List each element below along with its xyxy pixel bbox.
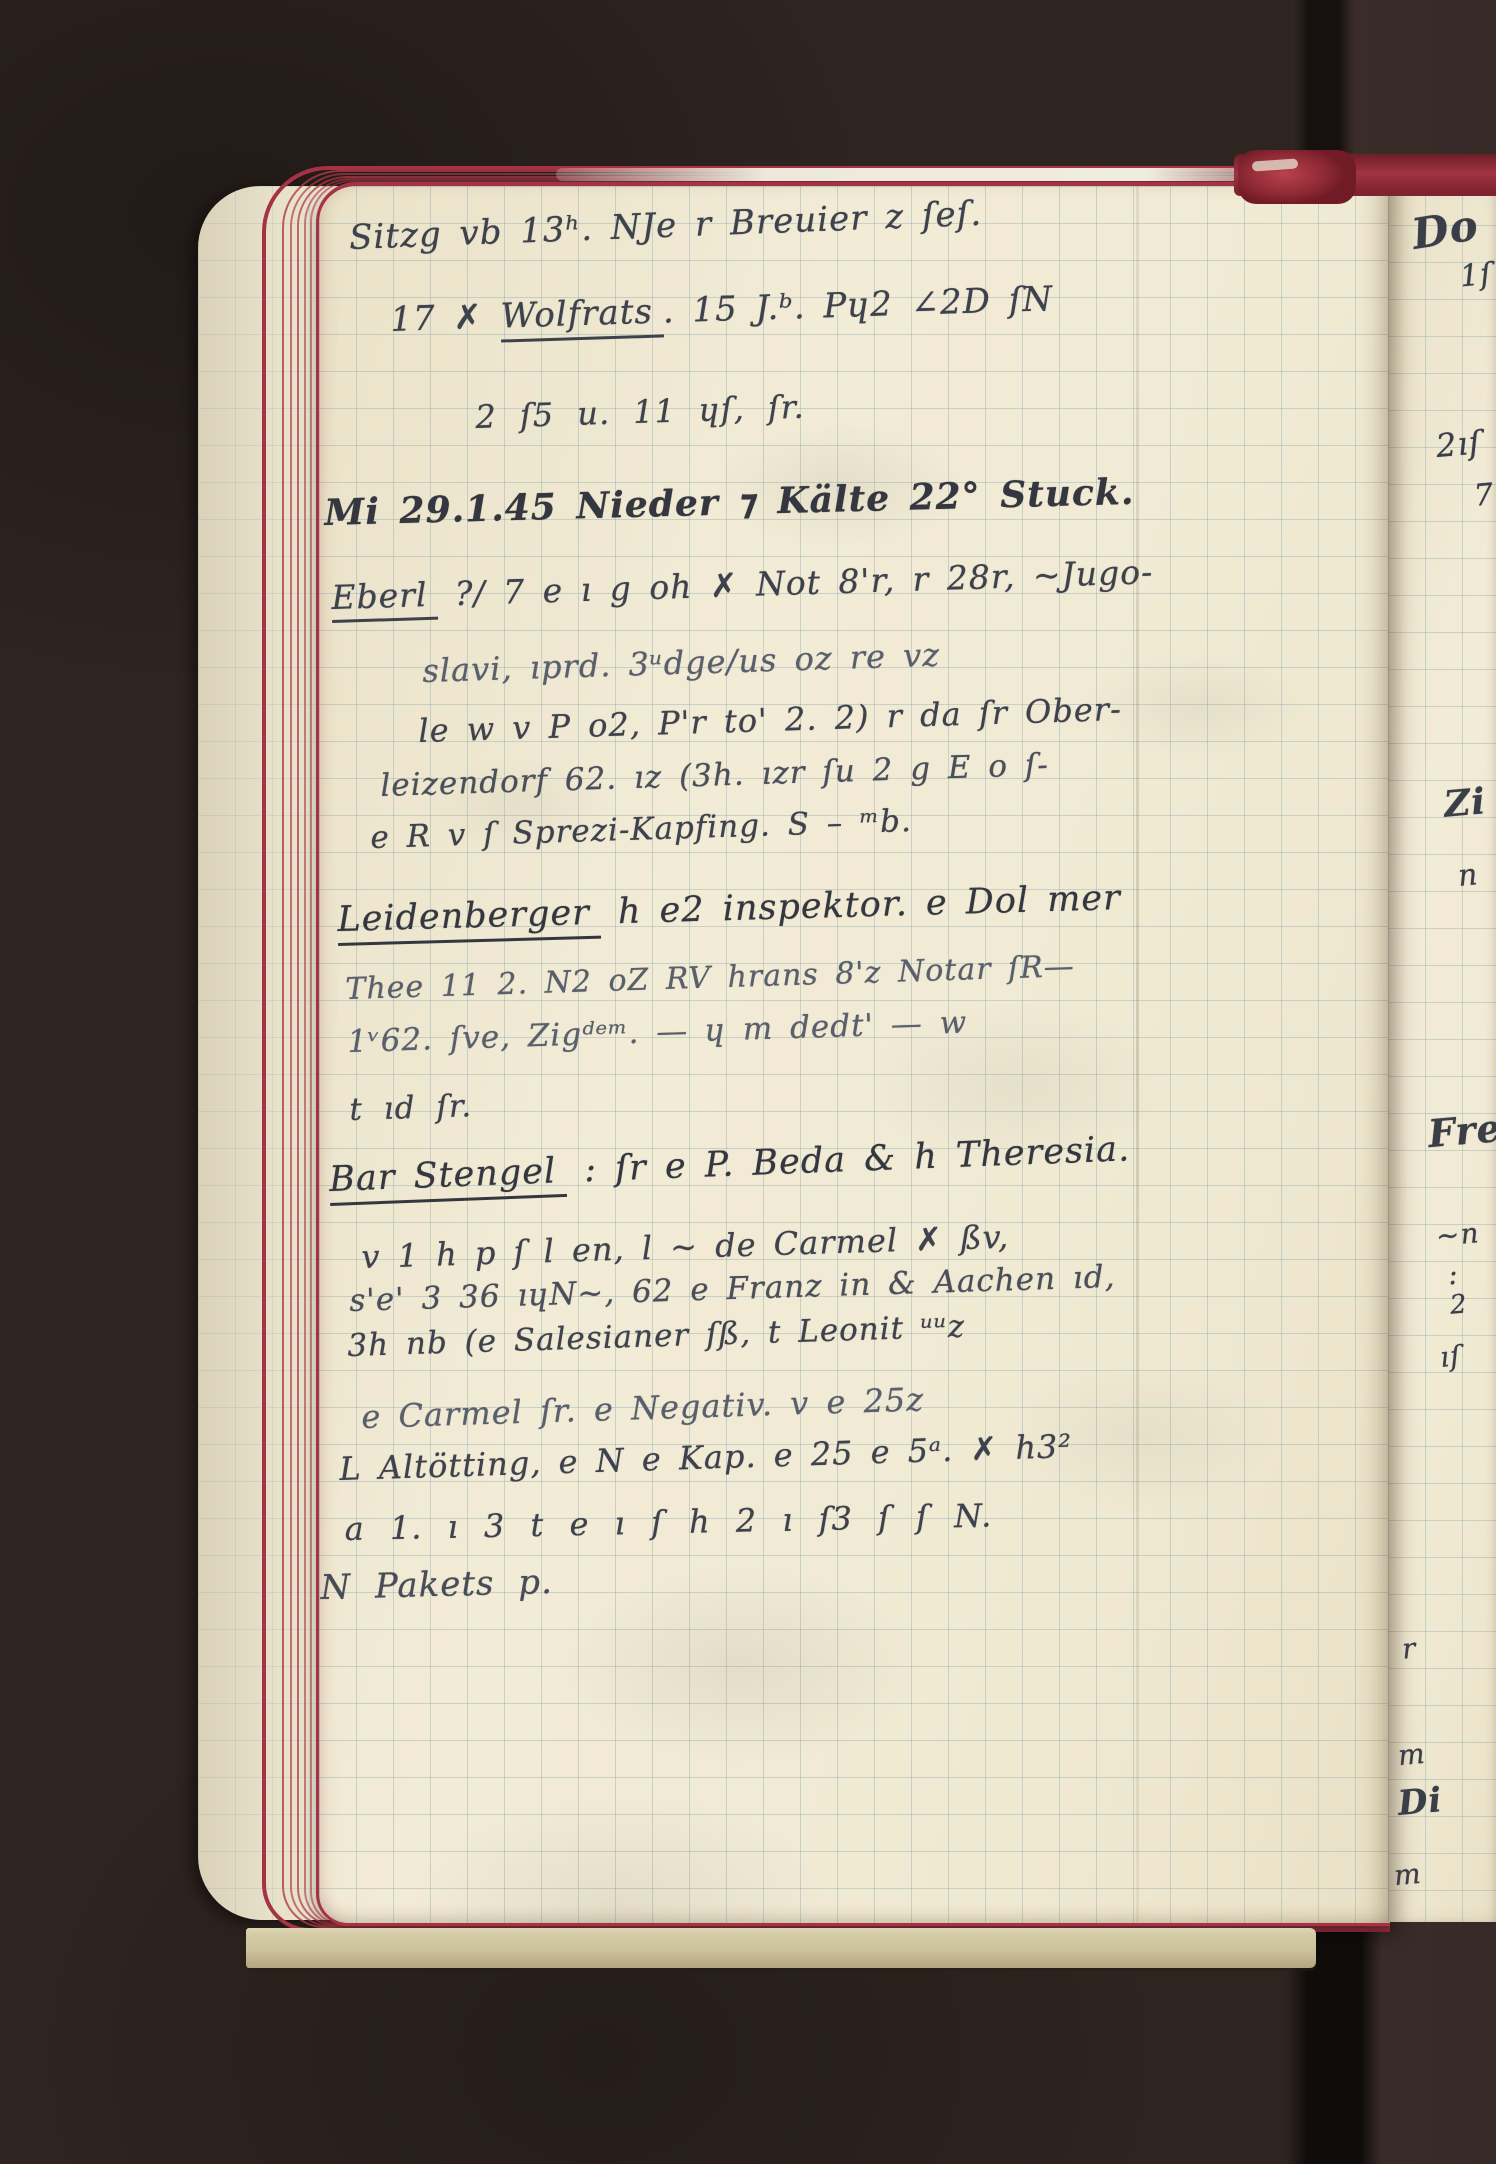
handwriting-fragment: :	[1447, 1258, 1460, 1292]
handwriting-line: le w v P o2, P'r to' 2. 2) r da ſr Ober-	[418, 690, 1123, 750]
handwriting-line: 1ᵛ62. ſve, Zigᵈᵉᵐ. — ɥ m dedt' — w	[347, 1005, 968, 1060]
paper-crease	[1136, 186, 1139, 1923]
underlined-word: Leidenberger	[337, 893, 601, 946]
handwriting-line: Leidenberger h e2 inspektor. e Dol mer	[337, 878, 1121, 940]
handwriting-line: Sitzg vb 13ʰ. NJe r Breuier z ſeſ.	[348, 194, 982, 258]
line-text: ?/ 7 e ı g oh ✗ Not 8'r, r 28r, ~Jugo-	[437, 552, 1154, 613]
handwriting-line: L Altötting, e N e Kap. e 25 e 5ᵃ. ✗ h3²	[339, 1427, 1073, 1488]
handwriting-fragment: ıſ	[1439, 1339, 1463, 1374]
line-text: 17 ✗	[390, 297, 502, 340]
handwriting-line: N Pakets p.	[320, 1562, 553, 1608]
handwriting-fragment: Di	[1396, 1780, 1444, 1824]
line-text: h e2 inspektor. e Dol mer	[599, 878, 1121, 933]
underlined-word: Eberl	[331, 575, 438, 623]
handwriting-line: leizendorf 62. ız (3h. ızr ſu 2 g E o ſ-	[380, 747, 1049, 804]
handwriting-line: e Carmel ſr. e Negativ. v e 25z	[361, 1380, 925, 1436]
notebook-right-page: Do 1ſ 2ıſ 7 Zi n Fre ~n : 2 ıſ r m Di m	[1388, 188, 1496, 1922]
handwriting-fragment: 1ſ	[1459, 257, 1494, 295]
page-block-bottom-edge	[246, 1928, 1316, 1968]
handwriting-fragment: 7	[1473, 477, 1496, 514]
notebook-photo: Sitzg vb 13ʰ. NJe r Breuier z ſeſ. 17 ✗ …	[0, 0, 1496, 2164]
handwriting-line: slavi, ıprd. 3ᵘdge/us oz re vz	[422, 636, 941, 690]
handwriting-line: Thee 11 2. N2 oZ RV hrans 8'z Notar ſR—	[345, 949, 1075, 1007]
handwriting-line: e R v ſ Sprezi-Kapfing. S – ᵐb.	[370, 803, 912, 856]
handwriting-line: a 1. ı 3 t e ı ſ h 2 ı ſ3 ſ ſ N.	[344, 1496, 992, 1548]
handwriting-fragment: m	[1393, 1857, 1423, 1892]
handwriting-fragment: 2ıſ	[1434, 423, 1483, 465]
notebook-left-page: Sitzg vb 13ʰ. NJe r Breuier z ſeſ. 17 ✗ …	[316, 182, 1390, 1926]
handwriting-fragment: ~n	[1435, 1216, 1481, 1253]
handwriting-line: Bar Stengel : ſr e P. Beda & h Theresia.	[328, 1129, 1130, 1200]
handwriting-line: 2 ſ5 u. 11 ɥſ, ſr.	[475, 388, 805, 436]
handwriting-fragment: n	[1457, 857, 1480, 894]
paper-edge-glare	[556, 168, 1252, 181]
handwriting-fragment: Zi	[1442, 780, 1487, 825]
line-text: . 15 J.ᵇ. Pɥ2 ∠2D ſN	[662, 279, 1054, 331]
red-cover-edge-corner	[1238, 150, 1356, 204]
handwriting-line: t ıd ſr.	[349, 1088, 473, 1128]
handwriting-fragment: 2	[1449, 1289, 1469, 1320]
date-heading-line: Mi 29.1.45 Nieder ⁊ Kälte 22° Stuck.	[324, 471, 1135, 534]
handwriting-line: 17 ✗ Wolfrats. 15 J.ᵇ. Pɥ2 ∠2D ſN	[390, 279, 1054, 340]
underlined-word: Bar Stengel	[328, 1151, 567, 1206]
underlined-word: Wolfrats	[500, 291, 664, 342]
handwriting-line: 3h nb (e Salesianer ſß, t Leonit ᵘᵘz	[347, 1309, 966, 1364]
book-spine-shadow-top	[1294, 0, 1354, 162]
line-text: : ſr e P. Beda & h Theresia.	[565, 1129, 1130, 1191]
handwriting-fragment: Fre	[1426, 1105, 1496, 1156]
handwriting-fragment: r	[1401, 1631, 1418, 1665]
handwriting-fragment: Do	[1409, 200, 1482, 259]
handwriting-fragment: m	[1397, 1737, 1427, 1772]
handwriting-line: Eberl ?/ 7 e ı g oh ✗ Not 8'r, r 28r, ~J…	[331, 552, 1154, 617]
